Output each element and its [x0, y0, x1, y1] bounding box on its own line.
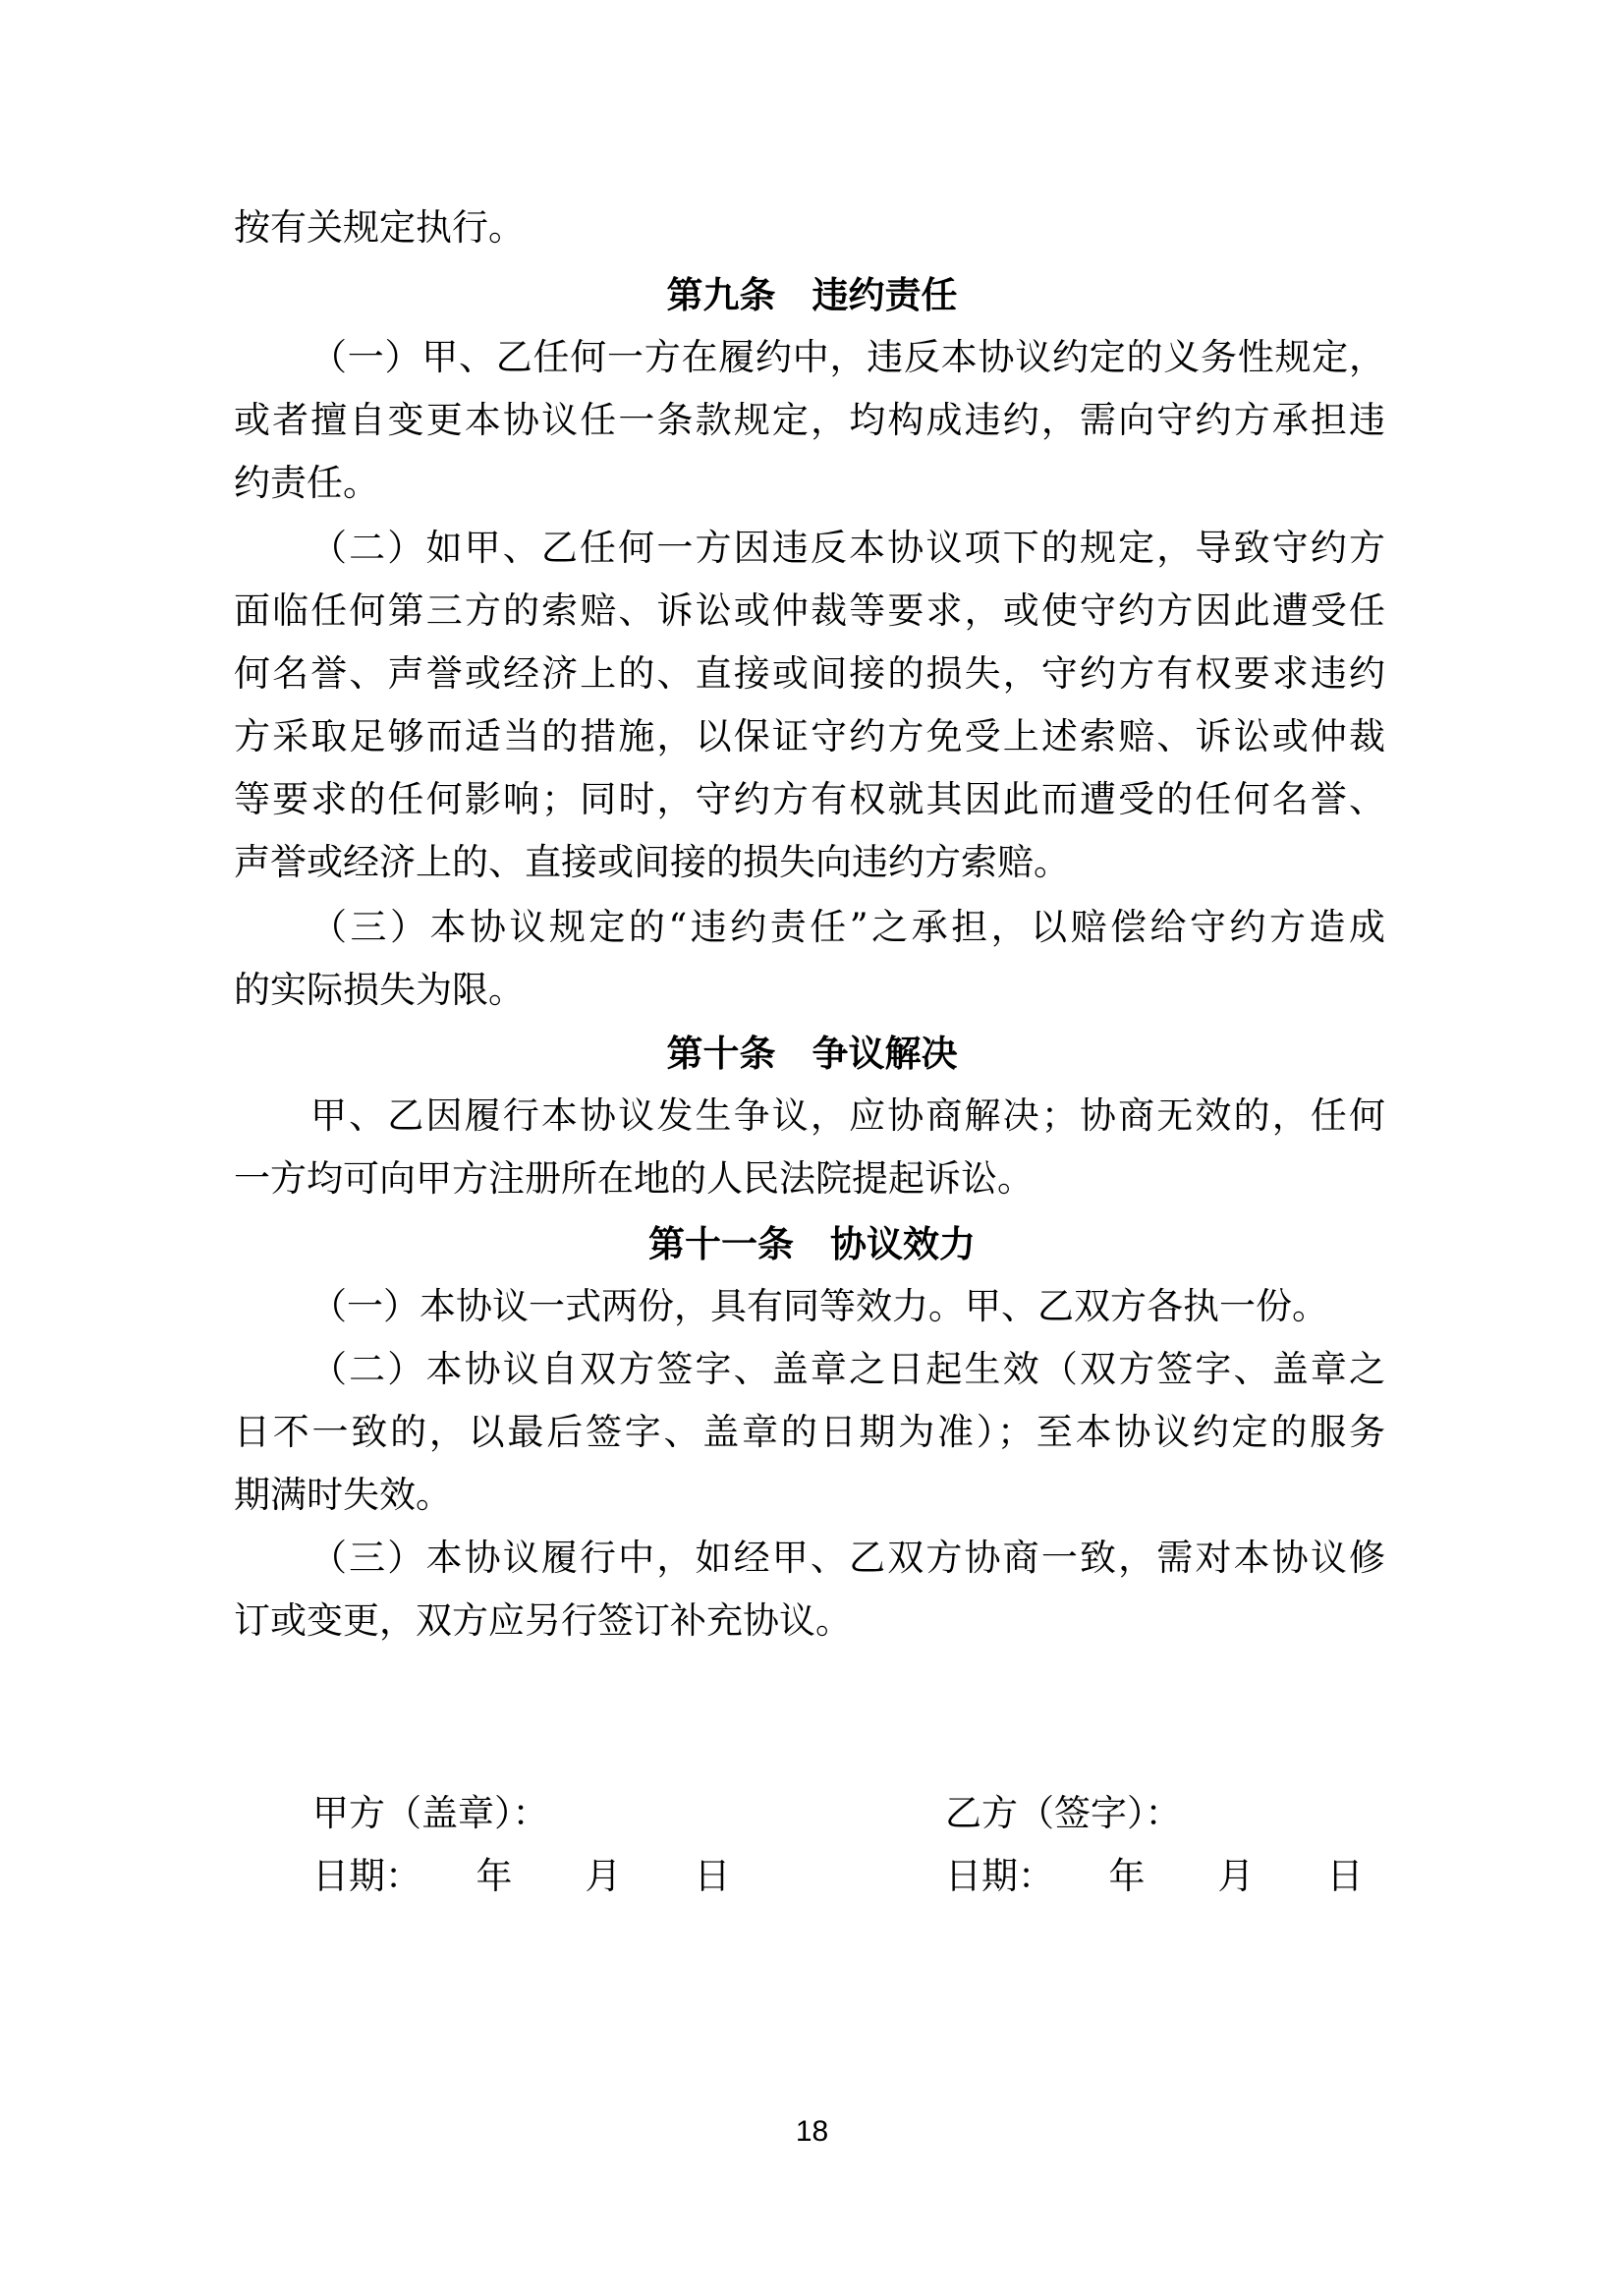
- paragraph-line: （二）如甲、乙任何一方因违反本协议项下的规定，导致守约方: [310, 527, 1385, 570]
- article-heading: 第九条 违约责任: [0, 273, 1624, 316]
- party-a-date-label: 日期： 年 月 日: [312, 1855, 731, 1898]
- paragraph-line: 或者擅自变更本协议任一条款规定，均构成违约，需向守约方承担违: [234, 399, 1385, 442]
- paragraph-line: 一方均可向甲方注册所在地的人民法院提起诉讼。: [234, 1157, 1385, 1201]
- paragraph-line: （三）本协议规定的“违约责任”之承担，以赔偿给守约方造成: [310, 906, 1385, 949]
- paragraph-line: 订或变更，双方应另行签订补充协议。: [234, 1599, 1385, 1643]
- paragraph-line: 面临任何第三方的索赔、诉讼或仲裁等要求，或使守约方因此遭受任: [234, 589, 1385, 633]
- document-page: 按有关规定执行。 第九条 违约责任 （一）甲、乙任何一方在履约中，违反本协议约定…: [0, 0, 1624, 2296]
- party-a-seal-label: 甲方（盖章）：: [312, 1792, 549, 1835]
- paragraph-line: （一）本协议一式两份，具有同等效力。甲、乙双方各执一份。: [310, 1285, 1385, 1328]
- paragraph-line: 甲、乙因履行本协议发生争议，应协商解决；协商无效的，任何: [310, 1094, 1385, 1138]
- paragraph-line: 声誉或经济上的、直接或间接的损失向违约方索赔。: [234, 841, 1385, 884]
- paragraph-line: 约责任。: [234, 462, 1385, 505]
- paragraph-line: 何名誉、声誉或经济上的、直接或间接的损失，守约方有权要求违约: [234, 652, 1385, 696]
- paragraph-line: 的实际损失为限。: [234, 969, 1385, 1012]
- paragraph-line: 等要求的任何影响；同时，守约方有权就其因此而遭受的任何名誉、: [234, 778, 1385, 821]
- party-b-signature-label: 乙方（签字）：: [945, 1792, 1182, 1835]
- paragraph-line: 期满时失效。: [234, 1474, 1385, 1517]
- paragraph-line: 按有关规定执行。: [234, 206, 1385, 250]
- article-heading: 第十条 争议解决: [0, 1032, 1624, 1075]
- paragraph-line: 方采取足够而适当的措施，以保证守约方免受上述索赔、诉讼或仲裁: [234, 715, 1385, 758]
- paragraph-line: （二）本协议自双方签字、盖章之日起生效（双方签字、盖章之: [310, 1348, 1385, 1391]
- party-b-date-label: 日期： 年 月 日: [945, 1855, 1364, 1898]
- article-heading: 第十一条 协议效力: [0, 1222, 1624, 1265]
- paragraph-line: （一）甲、乙任何一方在履约中，违反本协议约定的义务性规定，: [310, 336, 1385, 379]
- page-number: 18: [0, 2114, 1624, 2150]
- paragraph-line: （三）本协议履行中，如经甲、乙双方协商一致，需对本协议修: [310, 1537, 1385, 1580]
- paragraph-line: 日不一致的，以最后签字、盖章的日期为准）；至本协议约定的服务: [234, 1411, 1385, 1454]
